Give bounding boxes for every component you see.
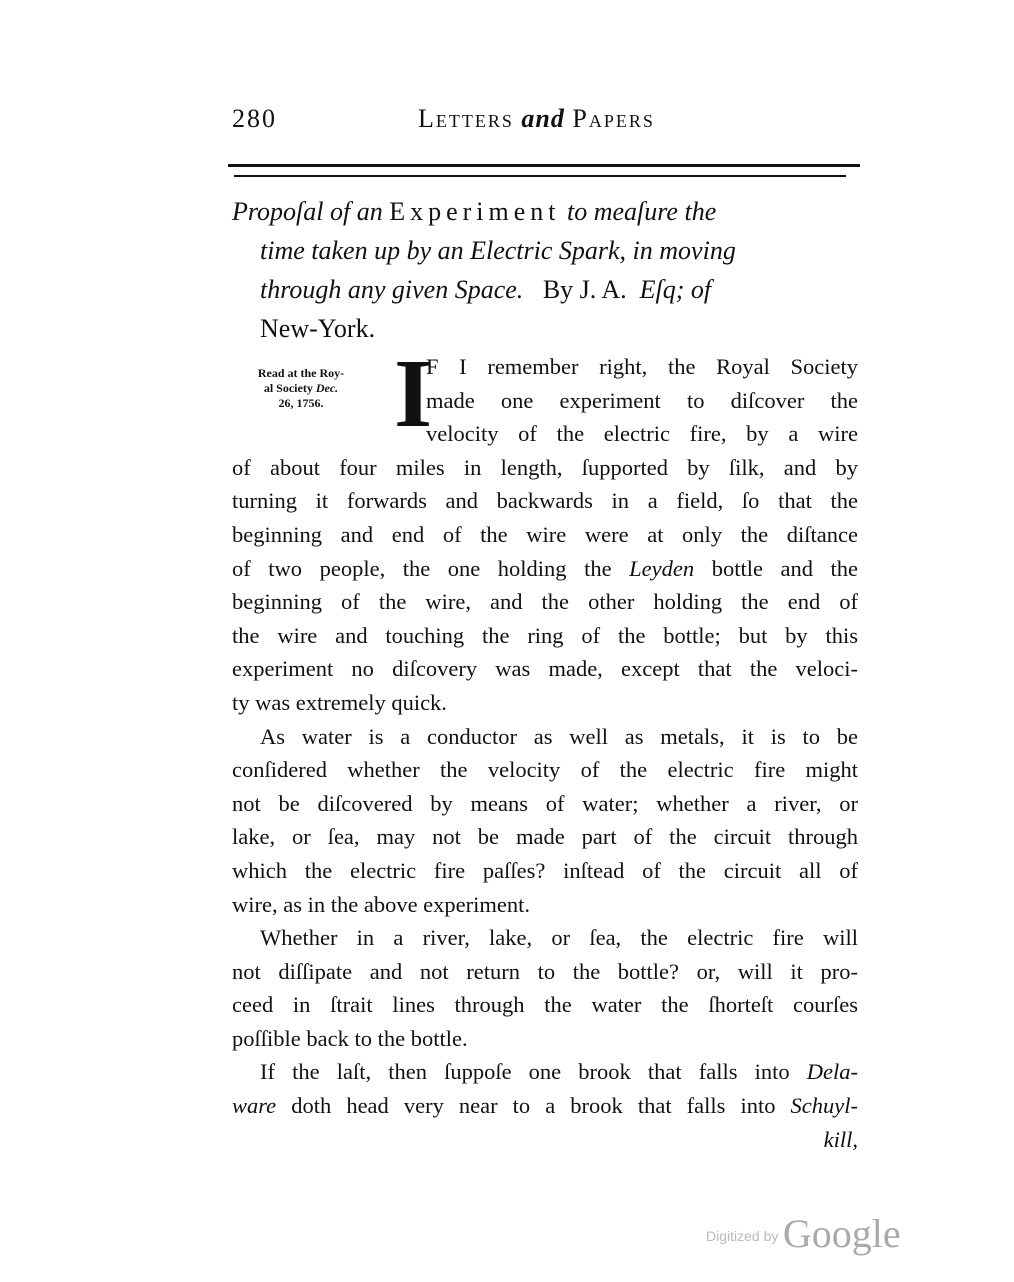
text-line: lake, or ſea, may not be made part of th… bbox=[232, 820, 858, 854]
text-line: beginning and end of the wire were at on… bbox=[232, 518, 858, 552]
text-line: not be diſcovered by means of water; whe… bbox=[232, 787, 858, 821]
text-line: of about four miles in length, ſupported… bbox=[232, 451, 858, 485]
text-line: beginning of the wire, and the other hol… bbox=[232, 585, 858, 619]
text-line: Whether in a river, lake, or ſea, the el… bbox=[232, 921, 858, 955]
text-line: conſidered whether the velocity of the e… bbox=[232, 753, 858, 787]
page-number: 280 bbox=[232, 104, 277, 134]
catchword: kill, bbox=[232, 1123, 858, 1157]
text-line: turning it forwards and backwards in a f… bbox=[232, 484, 858, 518]
text-line: ware doth head very near to a brook that… bbox=[232, 1089, 858, 1123]
text-line: F I remember right, the Royal Society bbox=[232, 350, 858, 384]
running-title: Letters and Papers bbox=[418, 104, 655, 134]
text-line: experiment no diſcovery was made, except… bbox=[232, 652, 858, 686]
text-line: made one experiment to diſcover the bbox=[232, 384, 858, 418]
text-line: wire, as in the above experiment. bbox=[232, 888, 858, 922]
text-line: ceed in ſtrait lines through the water t… bbox=[232, 988, 858, 1022]
body-text: F I remember right, the Royal Society ma… bbox=[232, 350, 858, 1156]
text-line: the wire and touching the ring of the bo… bbox=[232, 619, 858, 653]
header-rule-thin bbox=[234, 175, 846, 177]
text-line: poſſible back to the bottle. bbox=[232, 1022, 858, 1056]
text-line: As water is a conductor as well as metal… bbox=[232, 720, 858, 754]
running-head: 280 Letters and Papers bbox=[232, 104, 858, 140]
header-rule-thick bbox=[228, 164, 860, 167]
text-line: not diſſipate and not return to the bott… bbox=[232, 955, 858, 989]
text-line: ty was extremely quick. bbox=[232, 686, 858, 720]
text-line: of two people, the one holding the Leyde… bbox=[232, 552, 858, 586]
google-watermark: Digitized by Google bbox=[706, 1210, 901, 1257]
text-line: which the electric fire paſſes? inſtead … bbox=[232, 854, 858, 888]
book-page: 280 Letters and Papers Propoſal of an Ex… bbox=[0, 0, 1014, 1282]
article-title: Propoſal of an Experiment to meaſure the… bbox=[232, 192, 862, 348]
text-line: velocity of the electric fire, by a wire bbox=[232, 417, 858, 451]
text-line: If the laſt, then ſuppoſe one brook that… bbox=[232, 1055, 858, 1089]
